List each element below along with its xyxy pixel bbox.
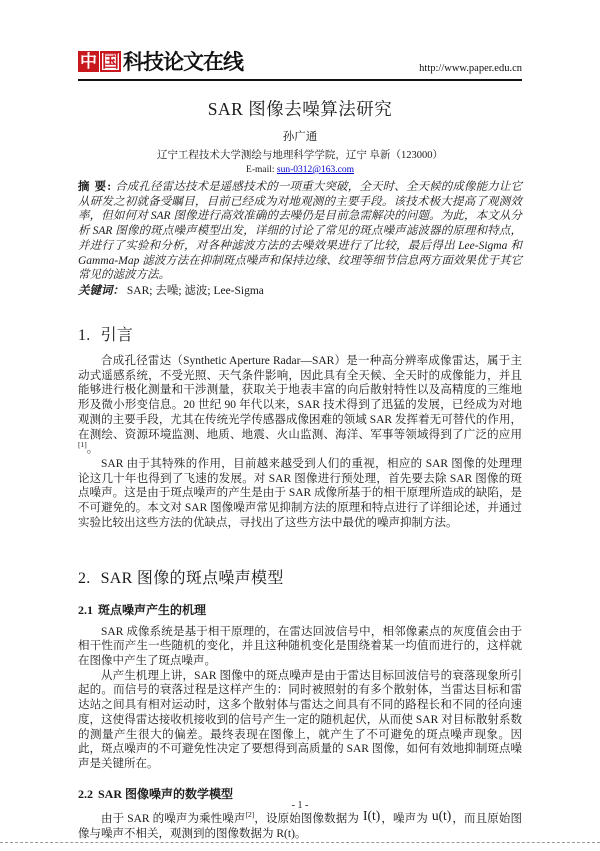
keywords-label: 关键词： [78, 285, 124, 297]
section-2-2-title: SAR 图像噪声的数学模型 [98, 787, 233, 801]
paragraph-text: 合成孔径雷达（Synthetic Aperture Radar—SAR）是一种高… [78, 355, 522, 441]
section-2-1-number: 2.1 [78, 603, 93, 617]
abstract: 摘 要: 合成孔径雷达技术是遥感技术的一项重大突破，全天时、全天候的成像能力让它… [78, 180, 522, 283]
section-1-paragraph-2: SAR 由于其特殊的作用，目前越来越受到人们的重视，相应的 SAR 图像的处理理… [78, 457, 522, 531]
paragraph-text: 。 [87, 443, 99, 455]
section-1-number: 1. [78, 327, 91, 344]
keywords-text: SAR; 去噪; 滤波; Lee-Sigma [127, 285, 264, 297]
logo-char-guo: 国 [100, 51, 121, 72]
keywords: 关键词： SAR; 去噪; 滤波; Lee-Sigma [78, 284, 522, 299]
bottom-divider [0, 842, 600, 843]
site-logo: 中 国 科技论文在线 [78, 46, 243, 76]
abstract-text: 合成孔径雷达技术是遥感技术的一项重大突破，全天时、全天候的成像能力让它从研发之初… [78, 181, 522, 281]
page-header: 中 国 科技论文在线 http://www.paper.edu.cn [78, 0, 522, 81]
section-2-1-title: 斑点噪声产生的机理 [98, 603, 206, 617]
author-name: 孙广通 [78, 128, 522, 144]
section-2-title: SAR 图像的斑点噪声模型 [101, 570, 284, 587]
paper-title: SAR 图像去噪算法研究 [78, 96, 522, 121]
logo-text: 科技论文在线 [123, 46, 243, 76]
section-1-heading: 1.引言 [78, 322, 522, 345]
citation-ref-2: [2] [246, 810, 255, 819]
section-2-heading: 2.SAR 图像的斑点噪声模型 [78, 565, 522, 588]
abstract-label: 摘 要: [78, 181, 112, 193]
section-1-paragraph-1: 合成孔径雷达（Synthetic Aperture Radar—SAR）是一种高… [78, 354, 522, 457]
logo-char-zhong: 中 [78, 51, 99, 72]
section-2-2-paragraph-1: 由于 SAR 的噪声为乘性噪声[2]，设原始图像数据为 I(t)，噪声为 u(t… [78, 809, 522, 841]
section-2-1-paragraph-2: 从产生机理上讲，SAR 图像中的斑点噪声是由于雷达目标回波信号的衰落现象所引起的… [78, 669, 522, 772]
section-1-title: 引言 [101, 327, 134, 344]
section-2-2-number: 2.2 [78, 787, 93, 801]
site-url[interactable]: http://www.paper.edu.cn [419, 63, 522, 76]
email-line: E-mail: sun-0312@163.com [78, 165, 522, 175]
section-2-1-paragraph-1: SAR 成像系统是基于相干原理的，在雷达回波信号中，相邻像素点的灰度值会由于相干… [78, 625, 522, 669]
author-affiliation: 辽宁工程技术大学测绘与地理科学学院，辽宁 阜新（123000） [78, 147, 522, 162]
email-label: E-mail: [246, 165, 275, 175]
page-number: - 1 - [0, 800, 600, 811]
citation-ref-1: [1] [78, 440, 87, 449]
email-link[interactable]: sun-0312@163.com [277, 165, 354, 175]
paragraph-text: 由于 SAR 的噪声为乘性噪声 [101, 813, 246, 825]
paragraph-text: ，噪声为 [381, 813, 431, 825]
section-2-1-heading: 2.1斑点噪声产生的机理 [78, 601, 522, 618]
paragraph-text: ，设原始图像数据为 [254, 813, 362, 825]
section-2-number: 2. [78, 570, 91, 587]
